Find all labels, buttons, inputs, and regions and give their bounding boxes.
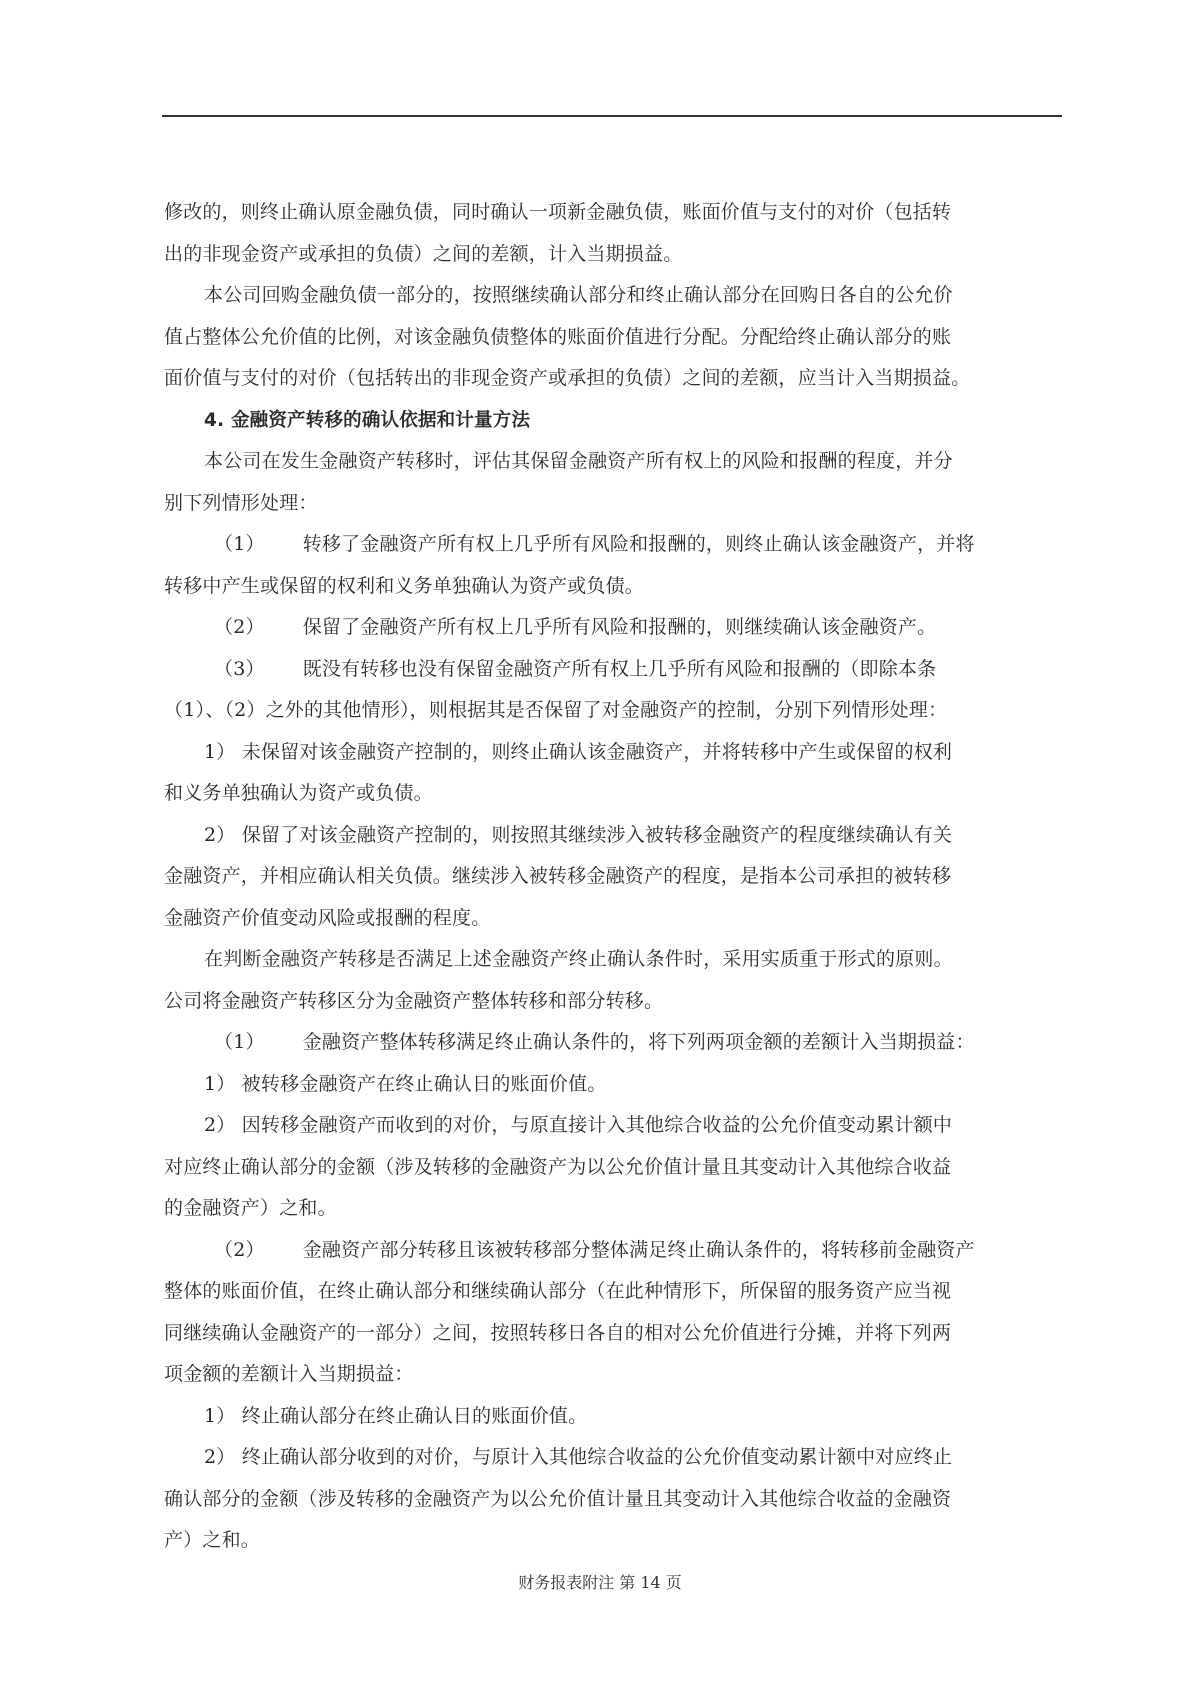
body-line: 产）之和。 xyxy=(164,1520,1044,1562)
section-heading: 4. 金融资产转移的确认依据和计量方法 xyxy=(164,400,1044,442)
list-item: （1）金融资产整体转移满足终止确认条件的，将下列两项金额的差额计入当期损益： xyxy=(164,1022,1044,1064)
body-line: 同继续确认金融资产的一部分）之间，按照转移日各自的相对公允价值进行分摊，并将下列… xyxy=(164,1313,1044,1355)
body-line: 项金额的差额计入当期损益： xyxy=(164,1354,1044,1396)
document-body: 修改的，则终止确认原金融负债，同时确认一项新金融负债，账面价值与支付的对价（包括… xyxy=(164,192,1044,1562)
body-line: 的金融资产）之和。 xyxy=(164,1188,1044,1230)
list-item: （3）既没有转移也没有保留金融资产所有权上几乎所有风险和报酬的（即除本条 xyxy=(164,649,1044,691)
sub-list-item: 1） 被转移金融资产在终止确认日的账面价值。 xyxy=(164,1064,1044,1106)
body-line: 整体的账面价值，在终止确认部分和继续确认部分（在此种情形下，所保留的服务资产应当… xyxy=(164,1271,1044,1313)
body-line: 面价值与支付的对价（包括转出的非现金资产或承担的负债）之间的差额，应当计入当期损… xyxy=(164,358,1044,400)
body-line: （1）、（2）之外的其他情形），则根据其是否保留了对金融资产的控制，分别下列情形… xyxy=(164,690,1044,732)
body-line: 在判断金融资产转移是否满足上述金融资产终止确认条件时，采用实质重于形式的原则。 xyxy=(164,939,1044,981)
list-text: 保留了金融资产所有权上几乎所有风险和报酬的，则继续确认该金融资产。 xyxy=(303,616,937,638)
body-line: 修改的，则终止确认原金融负债，同时确认一项新金融负债，账面价值与支付的对价（包括… xyxy=(164,192,1044,234)
list-item: （1）转移了金融资产所有权上几乎所有风险和报酬的，则终止确认该金融资产，并将 xyxy=(164,524,1044,566)
body-line: 值占整体公允价值的比例，对该金融负债整体的账面价值进行分配。分配给终止确认部分的… xyxy=(164,317,1044,359)
list-number: （3） xyxy=(214,658,265,680)
body-line: 确认部分的金额（涉及转移的金融资产为以公允价值计量且其变动计入其他综合收益的金融… xyxy=(164,1479,1044,1521)
list-item: （2）保留了金融资产所有权上几乎所有风险和报酬的，则继续确认该金融资产。 xyxy=(164,607,1044,649)
body-line: 对应终止确认部分的金额（涉及转移的金融资产为以公允价值计量且其变动计入其他综合收… xyxy=(164,1147,1044,1189)
list-number: （2） xyxy=(214,1239,265,1261)
sub-list-item: 1） 终止确认部分在终止确认日的账面价值。 xyxy=(164,1396,1044,1438)
list-text: 金融资产整体转移满足终止确认条件的，将下列两项金额的差额计入当期损益： xyxy=(303,1031,975,1053)
list-text: 金融资产部分转移且该被转移部分整体满足终止确认条件的，将转移前金融资产 xyxy=(303,1239,975,1261)
sub-list-item: 2） 因转移金融资产而收到的对价，与原直接计入其他综合收益的公允价值变动累计额中 xyxy=(164,1105,1044,1147)
list-item: （2）金融资产部分转移且该被转移部分整体满足终止确认条件的，将转移前金融资产 xyxy=(164,1230,1044,1272)
list-number: （1） xyxy=(214,533,265,555)
sub-list-item: 1） 未保留对该金融资产控制的，则终止确认该金融资产，并将转移中产生或保留的权利 xyxy=(164,732,1044,774)
sub-list-item: 2） 终止确认部分收到的对价，与原计入其他综合收益的公允价值变动累计额中对应终止 xyxy=(164,1437,1044,1479)
body-line: 出的非现金资产或承担的负债）之间的差额，计入当期损益。 xyxy=(164,234,1044,276)
body-line: 公司将金融资产转移区分为金融资产整体转移和部分转移。 xyxy=(164,981,1044,1023)
body-line: 转移中产生或保留的权利和义务单独确认为资产或负债。 xyxy=(164,566,1044,608)
list-text: 既没有转移也没有保留金融资产所有权上几乎所有风险和报酬的（即除本条 xyxy=(303,658,937,680)
list-number: （1） xyxy=(214,1031,265,1053)
list-number: （2） xyxy=(214,616,265,638)
body-line: 本公司在发生金融资产转移时，评估其保留金融资产所有权上的风险和报酬的程度，并分 xyxy=(164,441,1044,483)
sub-list-item: 2） 保留了对该金融资产控制的，则按照其继续涉入被转移金融资产的程度继续确认有关 xyxy=(164,815,1044,857)
list-text: 转移了金融资产所有权上几乎所有风险和报酬的，则终止确认该金融资产，并将 xyxy=(303,533,975,555)
page-footer: 财务报表附注 第 14 页 xyxy=(0,1570,1200,1593)
body-line: 和义务单独确认为资产或负债。 xyxy=(164,773,1044,815)
body-line: 金融资产，并相应确认相关负债。继续涉入被转移金融资产的程度，是指本公司承担的被转… xyxy=(164,856,1044,898)
body-line: 本公司回购金融负债一部分的，按照继续确认部分和终止确认部分在回购日各自的公允价 xyxy=(164,275,1044,317)
body-line: 别下列情形处理： xyxy=(164,483,1044,525)
header-rule xyxy=(162,115,1062,117)
body-line: 金融资产价值变动风险或报酬的程度。 xyxy=(164,898,1044,940)
